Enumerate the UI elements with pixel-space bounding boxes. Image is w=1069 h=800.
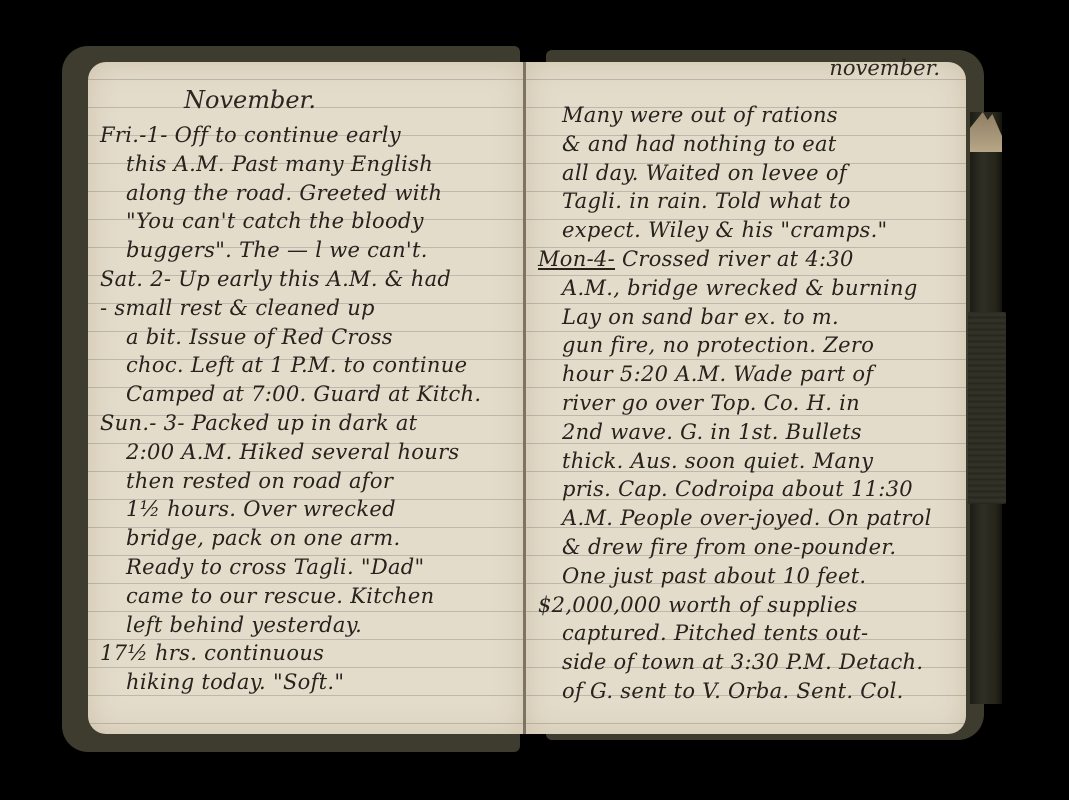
handwritten-line: river go over Top. Co. H. in [526, 388, 966, 417]
underlined-date: Mon-4- [538, 247, 615, 271]
handwritten-line: 1½ hours. Over wrecked [88, 494, 524, 523]
handwritten-line: bridge, pack on one arm. [88, 523, 524, 552]
handwritten-line: along the road. Greeted with [88, 178, 524, 207]
handwritten-line: thick. Aus. soon quiet. Many [526, 446, 966, 475]
handwritten-line: Ready to cross Tagli. "Dad" [88, 552, 524, 581]
right-page-heading: november. [829, 56, 940, 80]
handwritten-line: left behind yesterday. [88, 610, 524, 639]
handwritten-line: came to our rescue. Kitchen [88, 581, 524, 610]
handwritten-line: A.M. People over-joyed. On patrol [526, 503, 966, 532]
handwritten-line: choc. Left at 1 P.M. to continue [88, 350, 524, 379]
handwritten-line: One just past about 10 feet. [526, 561, 966, 590]
handwritten-line: - small rest & cleaned up [88, 293, 524, 322]
handwritten-line: A.M., bridge wrecked & burning [526, 273, 966, 302]
left-page: November. Fri.-1- Off to continue earlyt… [88, 62, 524, 734]
handwritten-line: buggers". The — l we can't. [88, 235, 524, 264]
handwritten-line: of G. sent to V. Orba. Sent. Col. [526, 676, 966, 705]
right-page: november. Many were out of rations& and … [526, 62, 966, 734]
handwritten-line: expect. Wiley & his "cramps." [526, 215, 966, 244]
left-page-lines: Fri.-1- Off to continue earlythis A.M. P… [88, 120, 524, 696]
handwritten-line: Many were out of rations [526, 100, 966, 129]
handwritten-line: 2:00 A.M. Hiked several hours [88, 437, 524, 466]
handwritten-line: side of town at 3:30 P.M. Detach. [526, 647, 966, 676]
handwritten-line: 2nd wave. G. in 1st. Bullets [526, 417, 966, 446]
handwritten-line: Lay on sand bar ex. to m. [526, 302, 966, 331]
handwritten-line: Fri.-1- Off to continue early [88, 120, 524, 149]
right-page-lines: Many were out of rations& and had nothin… [526, 100, 966, 705]
handwritten-line: all day. Waited on levee of [526, 158, 966, 187]
handwritten-line: then rested on road afor [88, 466, 524, 495]
handwritten-line: hiking today. "Soft." [88, 667, 524, 696]
handwritten-line: & drew fire from one-pounder. [526, 532, 966, 561]
handwritten-line: Mon-4- Crossed river at 4:30 [526, 244, 966, 273]
handwritten-line: captured. Pitched tents out- [526, 618, 966, 647]
handwritten-line: a bit. Issue of Red Cross [88, 322, 524, 351]
handwritten-line: hour 5:20 A.M. Wade part of [526, 359, 966, 388]
left-page-heading: November. [184, 86, 316, 114]
handwritten-line: & and had nothing to eat [526, 129, 966, 158]
handwritten-line: Sat. 2- Up early this A.M. & had [88, 264, 524, 293]
handwritten-line: Tagli. in rain. Told what to [526, 186, 966, 215]
handwritten-line: this A.M. Past many English [88, 149, 524, 178]
handwritten-line: gun fire, no protection. Zero [526, 330, 966, 359]
line-text: Crossed river at 4:30 [615, 247, 854, 271]
handwritten-line: Sun.- 3- Packed up in dark at [88, 408, 524, 437]
handwritten-line: $2,000,000 worth of supplies [526, 590, 966, 619]
handwritten-line: "You can't catch the bloody [88, 206, 524, 235]
pencil-loop-strap [968, 312, 1006, 504]
handwritten-line: pris. Cap. Codroipa about 11:30 [526, 474, 966, 503]
handwritten-line: Camped at 7:00. Guard at Kitch. [88, 379, 524, 408]
handwritten-line: 17½ hrs. continuous [88, 638, 524, 667]
